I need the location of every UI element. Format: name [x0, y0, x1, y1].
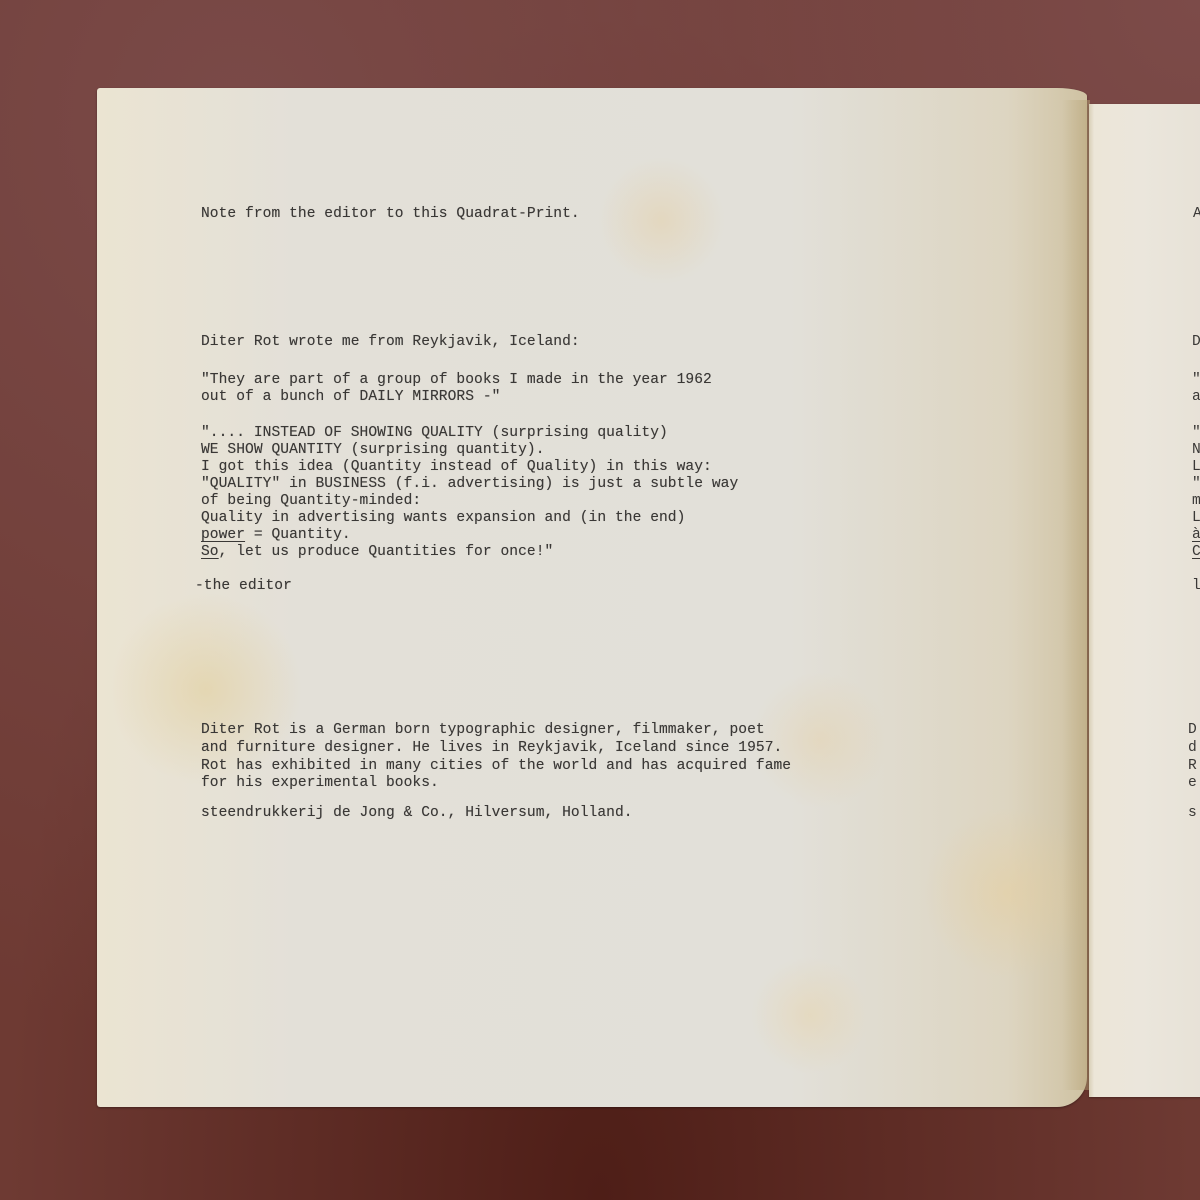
quote-line: out of a bunch of DAILY MIRRORS -" — [201, 388, 500, 407]
printer-credit: steendrukkerij de Jong & Co., Hilversum,… — [201, 804, 633, 823]
underlined-power: power — [201, 527, 245, 543]
fragment: D — [1188, 721, 1197, 740]
fragment: e — [1188, 774, 1197, 793]
editor-signature: -the editor — [195, 577, 292, 596]
fragment: D — [1192, 333, 1200, 352]
quote-text: = Quantity. — [245, 527, 351, 543]
fragment: d — [1188, 739, 1197, 758]
fragment: l — [1192, 577, 1200, 596]
bio-line: and furniture designer. He lives in Reyk… — [201, 739, 782, 758]
editor-note-heading: Note from the editor to this Quadrat-Pri… — [201, 205, 580, 224]
bio-line: for his experimental books. — [201, 774, 439, 793]
underlined-so: So — [201, 544, 219, 560]
fragment: A — [1193, 205, 1200, 224]
bio-line: Diter Rot is a German born typographic d… — [201, 721, 765, 740]
quote-line: So, let us produce Quantities for once!" — [201, 543, 553, 562]
fragment: C — [1192, 543, 1200, 562]
intro-line: Diter Rot wrote me from Reykjavik, Icela… — [201, 333, 580, 352]
right-page — [1089, 104, 1200, 1097]
left-page — [97, 88, 1087, 1107]
quote-text: , let us produce Quantities for once!" — [219, 544, 554, 560]
fragment: s — [1188, 804, 1197, 823]
fragment: a — [1192, 388, 1200, 407]
